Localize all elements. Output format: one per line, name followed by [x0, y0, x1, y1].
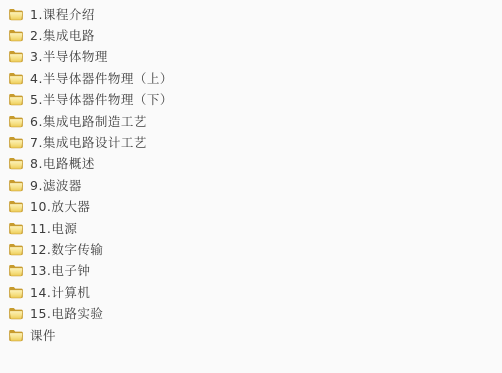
folder-name: 15.电路实验 — [30, 304, 103, 322]
list-item[interactable]: 1.课程介绍 — [8, 3, 502, 24]
folder-name: 10.放大器 — [30, 197, 90, 215]
list-item[interactable]: 课件 — [8, 324, 502, 345]
folder-icon — [8, 198, 24, 214]
list-item[interactable]: 14.计算机 — [8, 281, 502, 302]
list-item[interactable]: 8.电路概述 — [8, 153, 502, 174]
list-item[interactable]: 4.半导体器件物理（上） — [8, 67, 502, 88]
folder-name: 5.半导体器件物理（下） — [30, 90, 173, 108]
folder-name: 11.电源 — [30, 219, 77, 237]
folder-icon — [8, 284, 24, 300]
folder-list: 1.课程介绍 2.集成电路 3.半导体物理 4.半导体器件物理（上） 5.半导体… — [0, 0, 502, 345]
folder-name: 6.集成电路制造工艺 — [30, 112, 147, 130]
list-item[interactable]: 11.电源 — [8, 217, 502, 238]
folder-icon — [8, 177, 24, 193]
folder-icon — [8, 241, 24, 257]
list-item[interactable]: 10.放大器 — [8, 196, 502, 217]
folder-icon — [8, 27, 24, 43]
folder-name: 课件 — [30, 326, 56, 344]
list-item[interactable]: 15.电路实验 — [8, 302, 502, 323]
folder-icon — [8, 262, 24, 278]
folder-icon — [8, 305, 24, 321]
folder-icon — [8, 113, 24, 129]
list-item[interactable]: 9.滤波器 — [8, 174, 502, 195]
folder-icon — [8, 327, 24, 343]
folder-name: 3.半导体物理 — [30, 47, 108, 65]
folder-name: 4.半导体器件物理（上） — [30, 69, 173, 87]
folder-name: 7.集成电路设计工艺 — [30, 133, 147, 151]
folder-icon — [8, 70, 24, 86]
list-item[interactable]: 13.电子钟 — [8, 260, 502, 281]
folder-name: 13.电子钟 — [30, 261, 90, 279]
list-item[interactable]: 12.数字传输 — [8, 238, 502, 259]
list-item[interactable]: 5.半导体器件物理（下） — [8, 89, 502, 110]
folder-icon — [8, 155, 24, 171]
folder-name: 2.集成电路 — [30, 26, 95, 44]
folder-name: 12.数字传输 — [30, 240, 103, 258]
list-item[interactable]: 2.集成电路 — [8, 24, 502, 45]
folder-name: 8.电路概述 — [30, 154, 95, 172]
list-item[interactable]: 7.集成电路设计工艺 — [8, 131, 502, 152]
folder-icon — [8, 91, 24, 107]
folder-name: 14.计算机 — [30, 283, 90, 301]
folder-icon — [8, 220, 24, 236]
folder-name: 1.课程介绍 — [30, 5, 95, 23]
folder-icon — [8, 48, 24, 64]
folder-name: 9.滤波器 — [30, 176, 82, 194]
list-item[interactable]: 6.集成电路制造工艺 — [8, 110, 502, 131]
folder-icon — [8, 6, 24, 22]
folder-icon — [8, 134, 24, 150]
list-item[interactable]: 3.半导体物理 — [8, 46, 502, 67]
